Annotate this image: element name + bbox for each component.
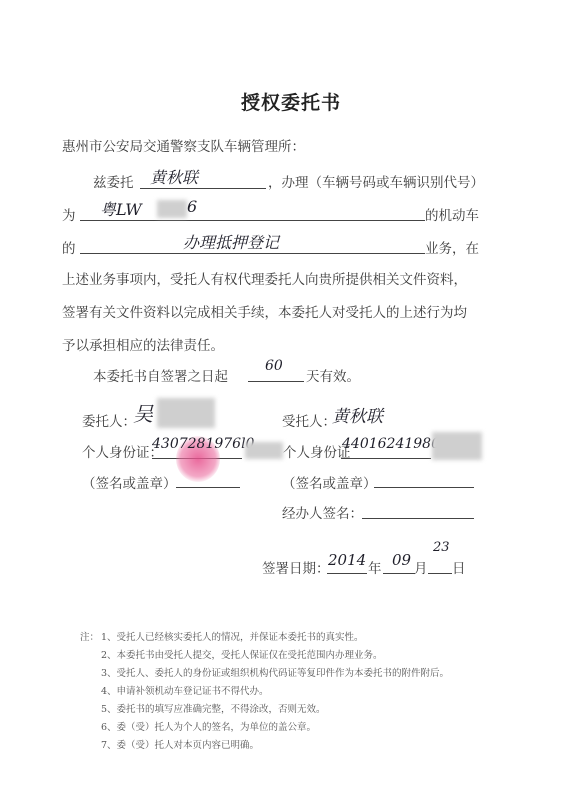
agent-id-underline — [341, 458, 431, 459]
year-unit: 年 — [368, 557, 382, 577]
note-item-4: 4、申请补领机动车登记证书不得代办。 — [101, 683, 269, 697]
principal-label: 委托人： — [82, 410, 136, 430]
note-item-6: 6、委（受）托人为个人的签名，为单位的盖公章。 — [101, 719, 316, 733]
day-handwritten: 23 — [433, 540, 450, 555]
agent-sign-underline[interactable] — [374, 487, 474, 488]
year-underline — [327, 573, 367, 574]
day-underline — [428, 573, 452, 574]
redacted-plate — [157, 200, 187, 218]
handle-vehicle-label: ，办理（车辆号码或车辆识别代号） — [268, 171, 484, 191]
document-title: 授权委托书 — [0, 88, 582, 115]
sign-date-label: 签署日期： — [262, 557, 330, 577]
principal-name-handwritten: 吴 — [133, 398, 153, 427]
note-item-2: 2、本委托书由受托人提交，受托人保证仅在受托范围内办理业务。 — [101, 647, 383, 661]
validity-underline — [248, 381, 304, 382]
agent-sign-label: （签名或盖章） — [282, 472, 377, 492]
principal-sign-underline[interactable] — [176, 487, 240, 488]
redacted-agent-id — [432, 432, 482, 460]
validity-suffix: 天有效。 — [306, 365, 360, 385]
business-underline — [80, 253, 425, 254]
month-handwritten: 09 — [392, 551, 411, 569]
redacted-principal-name — [157, 398, 215, 428]
business-suffix: 业务，在 — [425, 237, 479, 257]
redacted-principal-id — [245, 442, 283, 459]
month-underline — [383, 573, 415, 574]
plate-underline — [80, 220, 425, 221]
note-item-1: 1、受托人已经核实委托人的情况，并保证本委托书的真实性。 — [101, 629, 364, 643]
agent-label: 受托人： — [282, 410, 336, 430]
note-item-5: 5、委托书的填写应准确完整，不得涂改，否则无效。 — [101, 701, 326, 715]
validity-days-handwritten: 60 — [265, 358, 283, 374]
agent-name-underline — [140, 188, 266, 189]
paragraph-line-2: 签署有关文件资料以完成相关手续，本委托人对受托人的上述行为均 — [62, 301, 467, 321]
agent-name-handwritten: 黄秋联 — [150, 165, 198, 188]
addressee: 惠州市公安局交通警察支队车辆管理所： — [62, 135, 305, 155]
year-handwritten: 2014 — [328, 551, 366, 569]
notes-heading: 注： — [80, 629, 99, 643]
business-handwritten: 办理抵押登记 — [183, 230, 279, 253]
handler-signature-label: 经办人签名： — [282, 502, 363, 522]
principal-id-label: 个人身份证： — [82, 441, 163, 461]
agent-name-signature: 黄秋联 — [332, 402, 383, 427]
entrust-prefix: 兹委托 — [93, 171, 134, 191]
plate-handwritten-end: 6 — [187, 197, 197, 216]
month-unit: 月 — [414, 557, 428, 577]
paragraph-line-3: 予以承担相应的法律责任。 — [62, 334, 224, 354]
plate-prefix: 为 — [62, 204, 76, 224]
note-item-3: 3、受托人、委托人的身份证或组织机构代码证等复印件作为本委托书的附件附后。 — [101, 665, 449, 679]
plate-handwritten-start: 粤LW — [100, 197, 142, 220]
business-prefix: 的 — [62, 237, 76, 257]
day-unit: 日 — [452, 557, 466, 577]
motor-vehicle-label: 的机动车 — [425, 204, 479, 224]
note-item-7: 7、委（受）托人对本页内容已明确。 — [101, 737, 259, 751]
principal-sign-label: （签名或盖章） — [82, 472, 177, 492]
validity-prefix: 本委托书自签署之日起 — [93, 365, 228, 385]
principal-id-handwritten: 4307281976l0 — [152, 436, 254, 452]
paragraph-line-1: 上述业务事项内，受托人有权代理委托人向贵所提供相关文件资料， — [62, 268, 467, 288]
handler-signature-underline[interactable] — [362, 518, 474, 519]
